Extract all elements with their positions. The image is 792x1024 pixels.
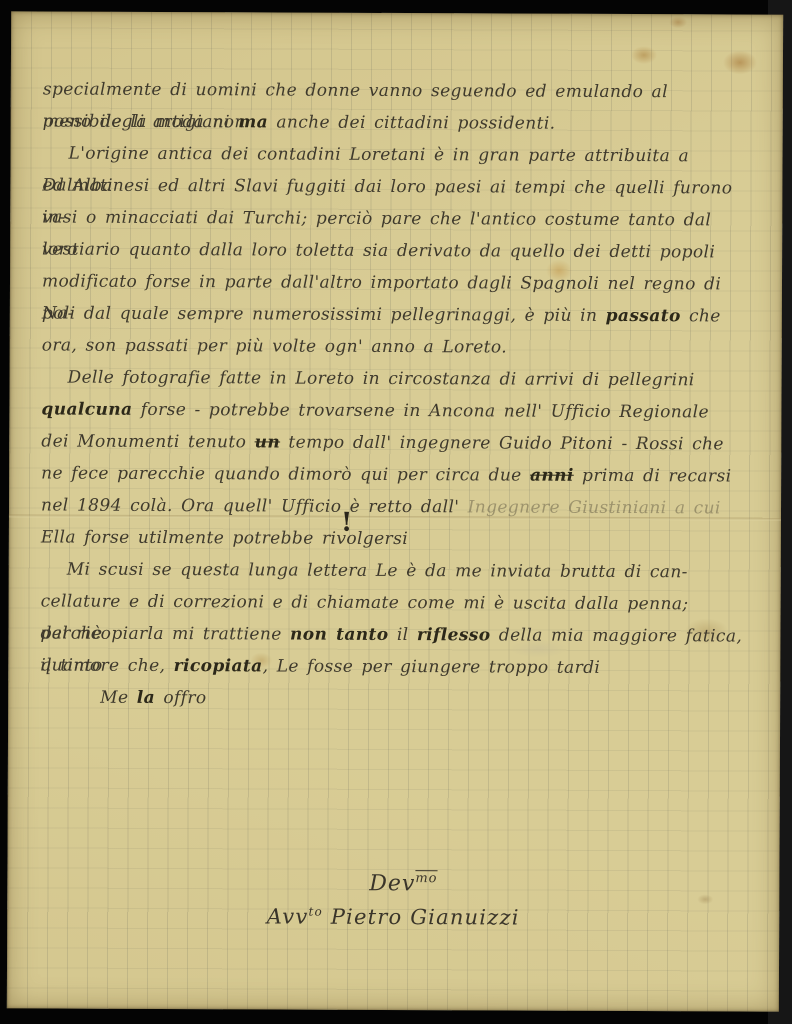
letter-line-segment: , Le fosse per giungere troppo tardi	[263, 656, 601, 677]
signature-name: Pietro Gianuizzi	[323, 905, 520, 930]
letter-line-segment: dal ricopiarla mi trattiene	[40, 623, 290, 644]
letter-line-segment: ne fece parecchie quando dimorò qui per …	[41, 463, 530, 485]
letter-line-segment: Me	[100, 688, 137, 708]
letter-line-segment: Delle fotografie fatte in Loreto in circ…	[68, 368, 695, 391]
letter-line-segment: qualcuna	[41, 399, 132, 419]
letter-line-segment: meno degli artigiani	[43, 111, 239, 132]
letter-line: ed Albanesi ed altri Slavi fuggiti dai l…	[42, 169, 754, 204]
letter-line: dei Monumenti tenuto un tempo dall' inge…	[41, 425, 753, 460]
letter-line-segment: passato	[606, 306, 681, 326]
letter-line: L'origine antica dei contadini Loretani …	[42, 137, 754, 172]
letter-line: vestiario quanto dalla loro toletta sia …	[42, 233, 754, 268]
letter-line-segment: il	[388, 625, 416, 645]
valediction-text: Dev	[369, 871, 415, 896]
letter-line-segment: offro	[155, 688, 207, 708]
scan-background: specialmente di uomini che donne vanno s…	[0, 0, 792, 1024]
letter-line-segment: non tanto	[290, 625, 389, 645]
letter-line-segment: ma	[238, 112, 268, 132]
paper-stain	[723, 50, 757, 74]
letter-page: specialmente di uomini che donne vanno s…	[7, 11, 783, 1011]
ink-correction-mark: !	[341, 508, 353, 538]
letter-line-segment: ricopiata	[174, 656, 263, 676]
letter-line-segment: anni	[530, 466, 574, 486]
letter-line-segment: dei Monumenti tenuto	[41, 431, 254, 452]
letter-line: nel 1894 colà. Ora quell' Ufficio è rett…	[41, 489, 753, 524]
letter-line: ne fece parecchie quando dimorò qui per …	[41, 457, 753, 492]
letter-lines: specialmente di uomini che donne vanno s…	[40, 73, 755, 716]
letter-line: vasi o minacciati dai Turchi; perciò par…	[42, 201, 754, 236]
letter-line-segment: ora, son passati per più volte ogn' anno…	[42, 335, 507, 357]
letter-line-segment: un	[255, 432, 281, 452]
letter-line: dal ricopiarla mi trattiene non tanto il…	[40, 617, 752, 652]
letter-line-segment: riflesso	[417, 625, 491, 645]
letter-line-segment: prima di recarsi	[574, 466, 732, 487]
signature-title: Avv	[267, 905, 309, 929]
letter-line: il timore che, ricopiata, Le fosse per g…	[40, 649, 752, 684]
letter-line-segment: Ella forse utilmente potrebbe rivolgersi	[41, 527, 408, 549]
letter-line: Ella forse utilmente potrebbe rivolgersi	[41, 521, 753, 556]
letter-line-segment: tempo dall' ingegnere Guido Pitoni - Ros…	[280, 432, 724, 454]
letter-line-segment: il timore che,	[40, 655, 173, 676]
paper-stain	[631, 46, 657, 64]
letter-line-segment: Mi scusi se questa lunga lettera Le è da…	[67, 560, 688, 583]
letter-line-segment: vestiario quanto dalla loro toletta sia …	[42, 239, 715, 262]
letter-line: specialmente di uomini che donne vanno s…	[43, 73, 755, 108]
letter-line-segment: la	[137, 688, 155, 708]
letter-line: modificato forse in parte dall'altro imp…	[42, 265, 754, 300]
valediction: Devmo	[27, 869, 779, 898]
letter-line: Delle fotografie fatte in Loreto in circ…	[42, 361, 754, 396]
letter-line-segment: nel 1894 colà. Ora quell' Ufficio è rett…	[41, 495, 468, 517]
valediction-superscript: mo	[415, 871, 437, 886]
letter-line-segment: che	[681, 306, 721, 326]
letter-closing: Devmo Avvto Pietro Gianuizzi	[7, 869, 779, 931]
letter-line-segment: forse - potrebbe trovarsene in Ancona ne…	[132, 400, 709, 423]
letter-line-segment: poli dal quale sempre numerosissimi pell…	[42, 303, 606, 325]
letter-line: Me la offro	[40, 681, 752, 716]
letter-line: meno degli artigiani ma anche dei cittad…	[43, 105, 755, 140]
letter-line-segment: anche dei cittadini possidenti.	[268, 112, 556, 133]
signature-title-superscript: to	[308, 905, 323, 919]
signature: Avvto Pietro Gianuizzi	[7, 904, 779, 931]
letter-line: ora, son passati per più volte ogn' anno…	[42, 329, 754, 364]
paper-stain	[669, 16, 687, 28]
letter-line: poli dal quale sempre numerosissimi pell…	[42, 297, 754, 332]
letter-line: Mi scusi se questa lunga lettera Le è da…	[41, 553, 753, 588]
letter-line-segment: Ingegnere Giustiniani a cui	[468, 497, 721, 518]
letter-line: cellature e di correzioni e di chiamate …	[41, 585, 753, 620]
letter-line: qualcuna forse - potrebbe trovarsene in …	[41, 393, 753, 428]
